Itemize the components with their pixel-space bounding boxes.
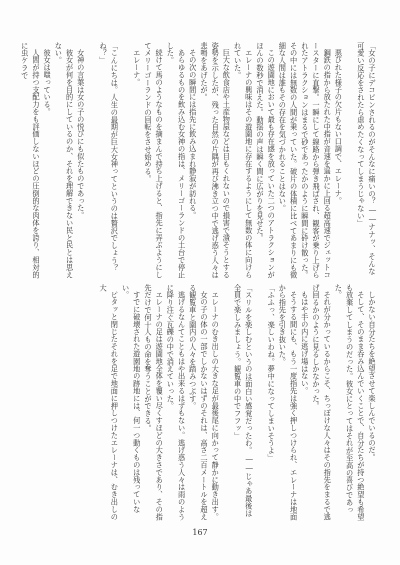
paragraph: 続けて馬のようなものを摘まんで持ち上げると、指先に弄ぶようにしてメリーゴーランド… — [143, 42, 165, 280]
paragraph: エレーナのむき出しの大きな足が最後尾に向かって静かに動き出す。 — [210, 284, 221, 522]
paragraph: エレーナ。 — [132, 42, 143, 280]
paragraph: もはや手の内に逃げ場はない。 — [300, 284, 311, 522]
paragraph: この遊園地において最も存在感を放っていた二つのアトラクションがほんの数秒で消えた… — [255, 42, 277, 280]
paragraph: ピタッと閉じたそれを足で地面に押しつけたエレーナは、むき出しの大 — [98, 284, 120, 522]
paragraph: 彼女が何を目的にしているのか、それを理解できない民と民とは思えない。 — [53, 42, 75, 280]
paragraph: そして、そのまま呑み込んでいくことで、自分たちが持つ絶望も希望も放棄してしまうの… — [333, 284, 367, 522]
paragraph — [344, 42, 355, 280]
paragraph: 女神の言葉は女の子の悦びにも似たものであった。 — [76, 42, 87, 280]
paragraph: エレーナの興味はその遊園地に存在するようにして無数の体に向けられていた。 — [232, 42, 254, 280]
paragraph — [120, 42, 131, 280]
paragraph: 巨大な飲食店や土産物屋などは目もくれないので損害で潰そうとする姿勢を示したが、残… — [199, 42, 233, 280]
paragraph: すでに破壊された遊園地の跡地には、何一つ動くものは残っていない。 — [120, 284, 142, 522]
paragraph — [87, 42, 98, 280]
paragraph: しかない自分たちを絶望させて楽しんでいるのだ。 — [367, 284, 378, 522]
paragraph: 彼女は嗤っている。 — [42, 42, 53, 280]
page-number: 167 — [0, 528, 400, 537]
paragraph: 「ふふっ、楽しいわね。夢中になってしまいそうよ」 — [266, 284, 277, 522]
text-block-bottom: しかない自分たちを絶望させて楽しんでいるのだ。そして、そのまま呑み込んでいくこと… — [98, 284, 378, 522]
paragraph — [221, 284, 232, 522]
paragraph: そうする間にも、もう一度指先は強く押しつけられ、エレーナは地面から指先を引き抜い… — [277, 284, 299, 522]
paragraph: あらゆるものを飲み込む女神の指は、メリーゴーランドの土台で停止した。 — [165, 42, 187, 280]
paragraph: 鋼鉄の指から放たれた中指が音速を遥かに上回る超高速でジェットコースターに直撃。一… — [277, 42, 333, 280]
paragraph — [255, 284, 266, 522]
paragraph: 逃げるなんてこともはや出来るはずもない。逃げ惑う人々は雨のように降り注ぐ瓦礫の中… — [165, 284, 187, 522]
paragraph: 悪びれた様子の欠片もない口調で、エレーナ。 — [333, 42, 344, 280]
paragraph: その次の瞬間には指先に飲み込まれ静寂が訪れる。 — [188, 42, 199, 280]
paragraph: エレーナの足は遊園地全体を覆い尽くすほどの大きさであり、その指先だけで何十人もの… — [143, 284, 165, 522]
paragraph: 人間が持つ支配力をも評価しないほどの圧倒的な肉体を誇り、相対的に虫ケラで — [20, 42, 42, 280]
paragraph: それが分かっているからこそ、ちっぽけな人々はその指先をまるで逃げ回るかのように見… — [311, 284, 333, 522]
paragraph: 「スリルを楽しむというのは面白い感覚だったわ。――じゃあ最後は全員で楽しみましょ… — [232, 284, 254, 522]
paragraph: 「女の子にデコピンされるのがそんなに痛いの？――ナナッ、そんな可愛い反応をされた… — [356, 42, 378, 280]
paragraph: 女の子の体の一部でしかないはずのそれは、高さ二百メートルを超える観覧車と園内の人… — [188, 284, 210, 522]
text-block-top: 「女の子にデコピンされるのがそんなに痛いの？――ナナッ、そんな可愛い反応をされた… — [20, 42, 378, 280]
paragraph: 「こんにちは。人生の最期が巨大女神ってというのは贅沢でしょう？ね？」 — [98, 42, 120, 280]
book-page: 「女の子にデコピンされるのがそんなに痛いの？――ナナッ、そんな可愛い反応をされた… — [0, 0, 400, 565]
